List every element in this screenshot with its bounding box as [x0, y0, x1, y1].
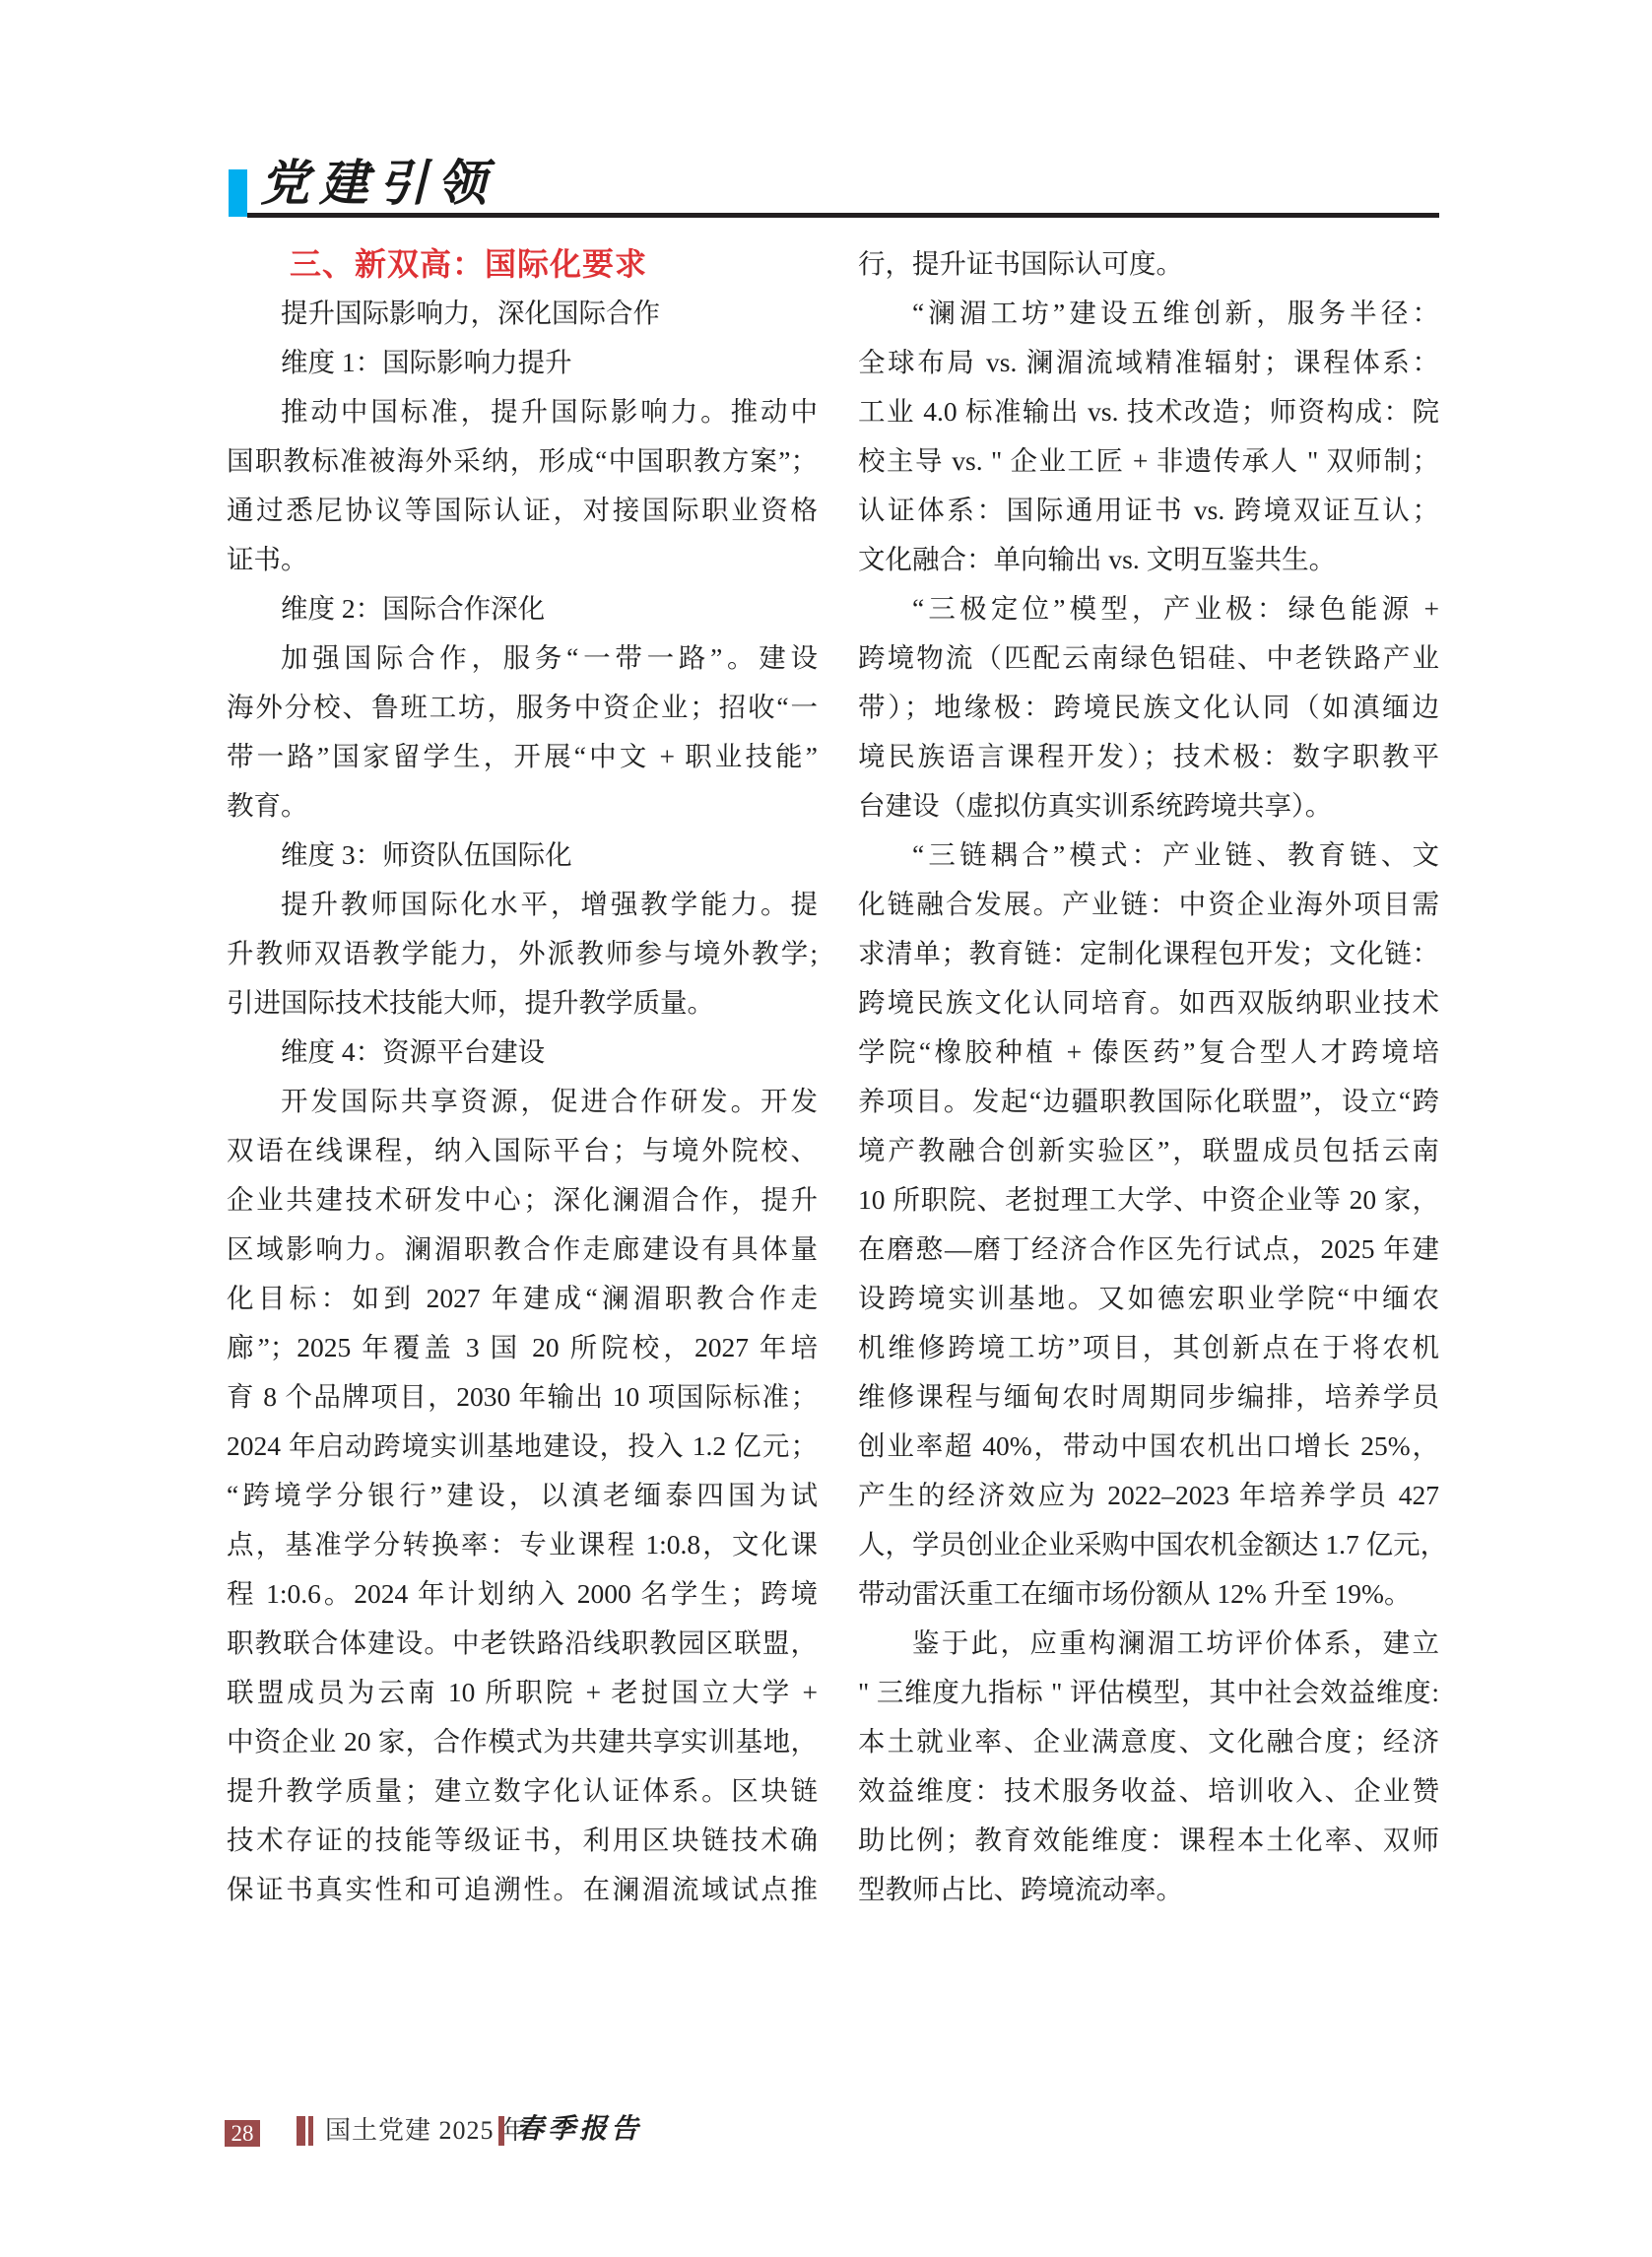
text-line: 在磨憨—磨丁经济合作区先行试点，2025 年建: [858, 1225, 1439, 1274]
text-line: 创业率超 40%，带动中国农机出口增长 25%，: [858, 1422, 1439, 1471]
text-line: “跨境学分银行”建设，以滇老缅泰四国为试: [227, 1471, 818, 1520]
text-line: 效益维度：技术服务收益、培训收入、企业赞: [858, 1766, 1439, 1816]
text-line: 引进国际技术技能大师，提升教学质量。: [227, 978, 818, 1028]
text-line: 保证书真实性和可追溯性。在澜湄流域试点推: [227, 1865, 818, 1914]
text-line: 行，提升证书国际认可度。: [858, 239, 1439, 289]
text-line: 中资企业 20 家，合作模式为共建共享实训基地，: [227, 1717, 818, 1766]
text-line: 提升国际影响力，深化国际合作: [227, 289, 818, 338]
text-line: 认证体系：国际通用证书 vs. 跨境双证互认；: [858, 486, 1439, 535]
text-line: 设跨境实训基地。又如德宏职业学院“中缅农: [858, 1274, 1439, 1323]
text-line: 带一路”国家留学生，开展“中文 + 职业技能”: [227, 732, 818, 781]
text-line: 技术存证的技能等级证书，利用区块链技术确: [227, 1816, 818, 1865]
text-line: 海外分校、鲁班工坊，服务中资企业；招收“一: [227, 683, 818, 732]
text-line: 联盟成员为云南 10 所职院 + 老挝国立大学 +: [227, 1668, 818, 1717]
text-line: 化目标：如到 2027 年建成“澜湄职教合作走: [227, 1274, 818, 1323]
left-column: 三、新双高：国际化要求 提升国际影响力，深化国际合作 维度 1：国际影响力提升 …: [227, 239, 818, 1914]
article-heading: 三、新双高：国际化要求: [227, 239, 818, 289]
text-line: 开发国际共享资源，促进合作研发。开发: [227, 1077, 818, 1126]
text-line: 维度 4：资源平台建设: [227, 1028, 818, 1077]
text-line: 人，学员创业企业采购中国农机金额达 1.7 亿元，: [858, 1520, 1439, 1569]
text-line: 10 所职院、老挝理工大学、中资企业等 20 家，: [858, 1175, 1439, 1225]
section-title: 党建引领: [260, 154, 496, 213]
text-line: 国职教标准被海外采纳，形成“中国职教方案”；: [227, 436, 818, 486]
text-line: 助比例；教育效能维度：课程本土化率、双师: [858, 1816, 1439, 1865]
text-line: 化链融合发展。产业链：中资企业海外项目需: [858, 880, 1439, 929]
text-line: 跨境民族文化认同培育。如西双版纳职业技术: [858, 978, 1439, 1028]
text-line: 机维修跨境工坊”项目，其创新点在于将农机: [858, 1323, 1439, 1372]
text-line: 带动雷沃重工在缅市场份额从 12% 升至 19%。: [858, 1569, 1439, 1619]
text-line: 维度 1：国际影响力提升: [227, 338, 818, 387]
text-line: 双语在线课程，纳入国际平台；与境外院校、: [227, 1126, 818, 1175]
text-line: 跨境物流（匹配云南绿色铝硅、中老铁路产业: [858, 633, 1439, 683]
text-line: 型教师占比、跨境流动率。: [858, 1865, 1439, 1914]
text-line: 境民族语言课程开发）；技术极：数字职教平: [858, 732, 1439, 781]
text-line: 维修课程与缅甸农时周期同步编排，培养学员: [858, 1372, 1439, 1422]
text-line: 教育。: [227, 781, 818, 830]
text-line: 2024 年启动跨境实训基地建设，投入 1.2 亿元；: [227, 1422, 818, 1471]
text-line: 维度 3：师资队伍国际化: [227, 830, 818, 880]
text-line: 廊”；2025 年覆盖 3 国 20 所院校，2027 年培: [227, 1323, 818, 1372]
text-line: 本土就业率、企业满意度、文化融合度；经济: [858, 1717, 1439, 1766]
text-line: 职教联合体建设。中老铁路沿线职教园区联盟，: [227, 1619, 818, 1668]
text-line: 点，基准学分转换率：专业课程 1:0.8，文化课: [227, 1520, 818, 1569]
page-number-badge: 28: [225, 2120, 260, 2147]
text-line: 工业 4.0 标准输出 vs. 技术改造；师资构成：院: [858, 387, 1439, 436]
text-line: 通过悉尼协议等国际认证，对接国际职业资格: [227, 486, 818, 535]
text-line: 企业共建技术研发中心；深化澜湄合作，提升: [227, 1175, 818, 1225]
issue-title: 春季报告: [516, 2114, 642, 2146]
text-line: “三链耦合”模式：产业链、教育链、文: [858, 830, 1439, 880]
text-line: 推动中国标准，提升国际影响力。推动中: [227, 387, 818, 436]
text-line: 程 1:0.6。2024 年计划纳入 2000 名学生；跨境: [227, 1569, 818, 1619]
text-line: 校主导 vs. " 企业工匠 + 非遗传承人 " 双师制；: [858, 436, 1439, 486]
header-accent-bar: [229, 169, 247, 217]
footer-bar: [297, 2116, 305, 2146]
text-line: 提升教学质量；建立数字化认证体系。区块链: [227, 1766, 818, 1816]
text-line: 育 8 个品牌项目，2030 年输出 10 项国际标准；: [227, 1372, 818, 1422]
footer-bar: [308, 2116, 313, 2146]
text-line: 台建设（虚拟仿真实训系统跨境共享）。: [858, 781, 1439, 830]
text-line: 维度 2：国际合作深化: [227, 584, 818, 633]
right-column: 行，提升证书国际认可度。 “澜湄工坊”建设五维创新，服务半径： 全球布局 vs.…: [858, 239, 1439, 1914]
document-page: 党建引领 三、新双高：国际化要求 提升国际影响力，深化国际合作 维度 1：国际影…: [0, 0, 1652, 2257]
page-footer: 28 国土党建 2025 年 春季报告: [0, 2114, 1652, 2154]
text-line: 证书。: [227, 535, 818, 584]
text-line: " 三维度九指标 " 评估模型，其中社会效益维度:: [858, 1668, 1439, 1717]
text-line: 加强国际合作，服务“一带一路”。建设: [227, 633, 818, 683]
text-line: 产生的经济效应为 2022–2023 年培养学员 427: [858, 1471, 1439, 1520]
text-line: 全球布局 vs. 澜湄流域精准辐射；课程体系：: [858, 338, 1439, 387]
footer-bar: [498, 2116, 504, 2146]
text-line: “三极定位”模型，产业极：绿色能源 +: [858, 584, 1439, 633]
text-line: 提升教师国际化水平，增强教学能力。提: [227, 880, 818, 929]
text-line: 求清单；教育链：定制化课程包开发；文化链：: [858, 929, 1439, 978]
text-line: “澜湄工坊”建设五维创新，服务半径：: [858, 289, 1439, 338]
text-line: 升教师双语教学能力，外派教师参与境外教学;: [227, 929, 818, 978]
text-line: 养项目。发起“边疆职教国际化联盟”，设立“跨: [858, 1077, 1439, 1126]
text-line: 区域影响力。澜湄职教合作走廊建设有具体量: [227, 1225, 818, 1274]
text-line: 文化融合：单向输出 vs. 文明互鉴共生。: [858, 535, 1439, 584]
text-line: 学院“橡胶种植 + 傣医药”复合型人才跨境培: [858, 1028, 1439, 1077]
text-line: 鉴于此，应重构澜湄工坊评价体系，建立: [858, 1619, 1439, 1668]
text-line: 境产教融合创新实验区”，联盟成员包括云南: [858, 1126, 1439, 1175]
header-rule: [247, 213, 1439, 218]
text-line: 带）；地缘极：跨境民族文化认同（如滇缅边: [858, 683, 1439, 732]
